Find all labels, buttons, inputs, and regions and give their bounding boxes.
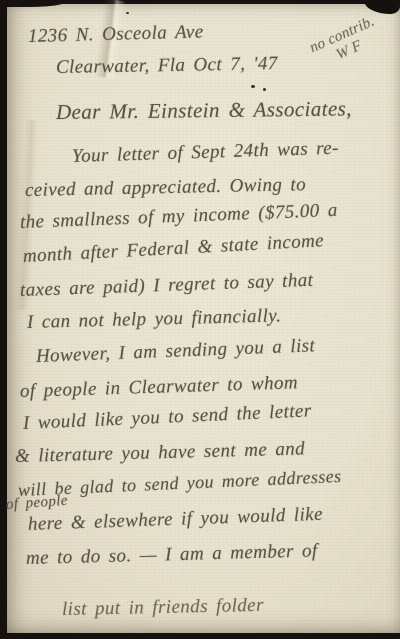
letter-scan: 1236 N. Osceola Ave Clearwater, Fla Oct … — [0, 0, 400, 639]
date-line: Clearwater, Fla Oct 7, '47 — [56, 53, 278, 79]
paper-speck — [251, 85, 255, 88]
paper-speck — [263, 88, 266, 91]
sender-address: 1236 N. Osceola Ave — [28, 21, 204, 48]
salutation: Dear Mr. Einstein & Associates, — [56, 96, 352, 125]
archival-note-bottom: list put in friends folder — [62, 595, 264, 621]
paper-speck — [126, 12, 129, 14]
